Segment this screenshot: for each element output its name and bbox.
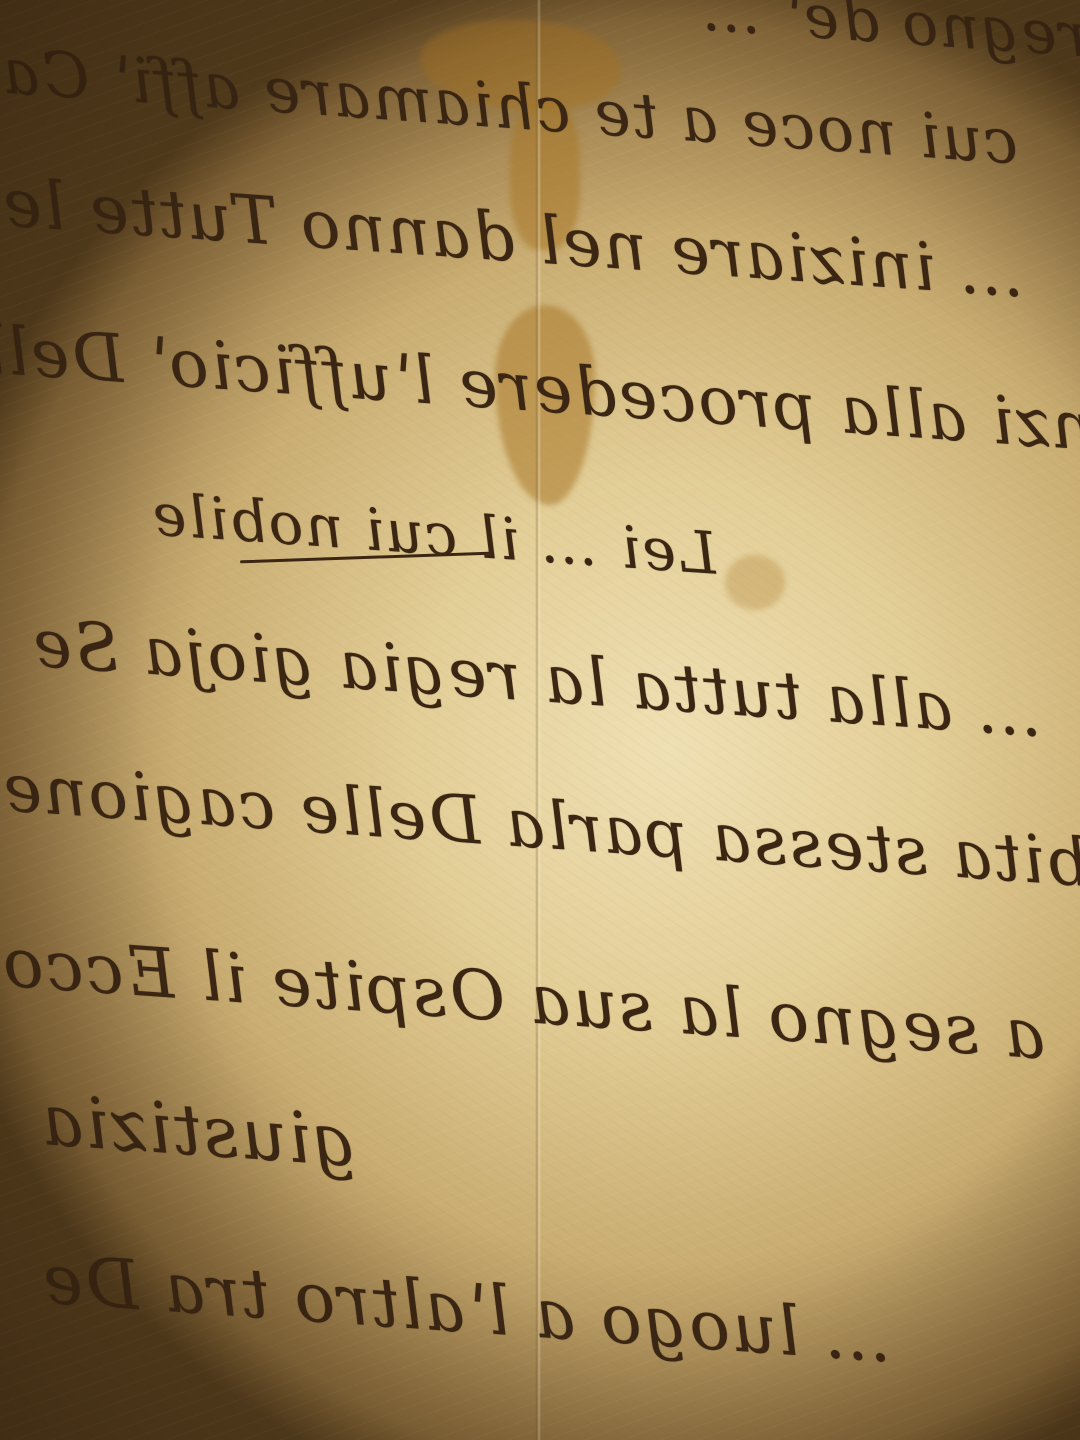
handwriting-line: …regno de' … [698,0,1080,76]
handwriting-line: a segno la sua Ospite il Ecco [0,924,1048,1076]
handwriting-line: … luogo a l'altro tra De [38,1240,896,1378]
handwriting-line: debita stessa parla Delle cagione [0,749,1080,908]
handwriting-line: Lei … il cui nobile [148,480,719,587]
handwritten-text: …regno de' … cui noce a te chiamare affi… [0,0,1080,1440]
handwriting-line: giustizia [38,1079,361,1183]
handwriting-line: anzi alla procedere l'ufficio' Della [0,308,1080,468]
handwriting-line: … alla tutta la regia gioja Se [29,605,1047,753]
handwriting-line: … iniziare nel danno Tutte le [0,164,1029,312]
document-photo: …regno de' … cui noce a te chiamare affi… [0,0,1080,1440]
